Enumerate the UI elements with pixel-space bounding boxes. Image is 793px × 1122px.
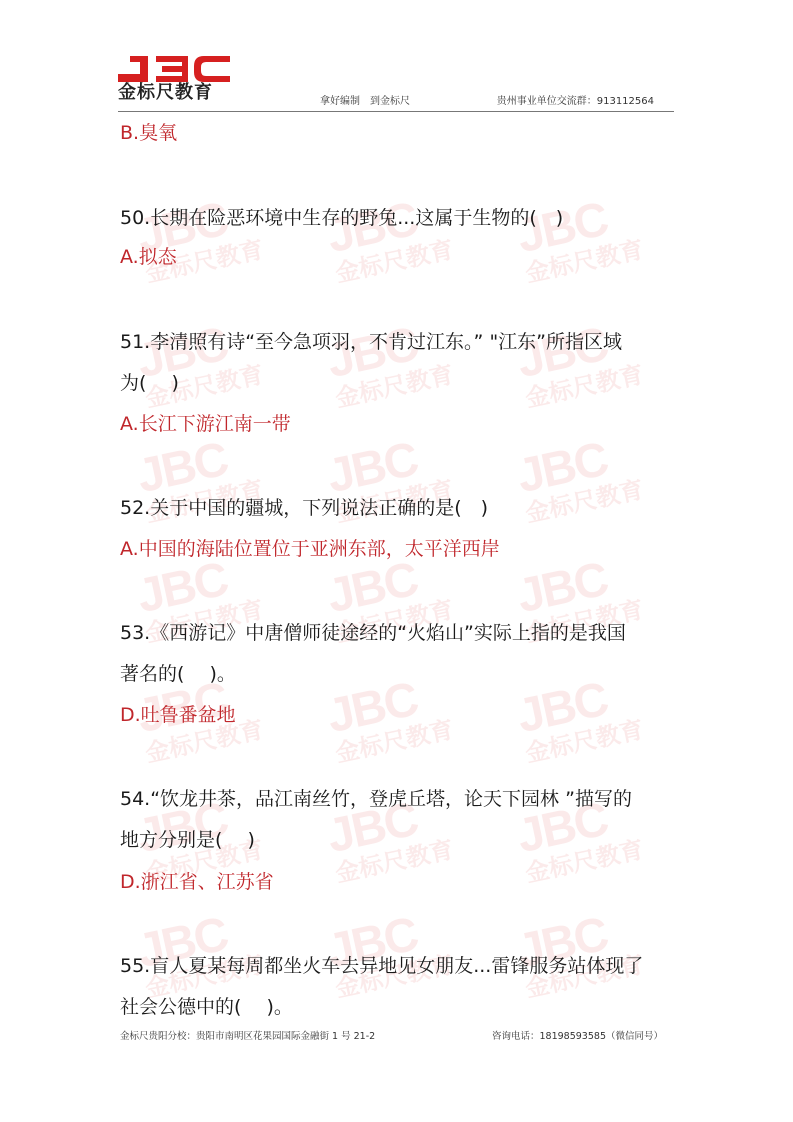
watermark: JBC金标尺教育: [323, 312, 467, 417]
answer-51: A.长江下游江南一带: [120, 412, 291, 436]
page-header: 金标尺教育 拿好编制 到金标尺 贵州事业单位交流群：913112564: [118, 56, 674, 112]
watermark: JBC金标尺教育: [513, 667, 657, 772]
question-55-line2: 社会公德中的( )。: [120, 995, 293, 1019]
watermark: JBC金标尺教育: [513, 187, 657, 292]
logo: 金标尺教育: [118, 56, 233, 104]
watermark: JBC金标尺教育: [513, 312, 657, 417]
question-54-line2: 地方分别是( ): [120, 828, 255, 852]
logo-subtitle: 金标尺教育: [118, 82, 213, 104]
header-group: 贵州事业单位交流群：913112564: [497, 92, 654, 107]
watermark: JBC金标尺教育: [323, 667, 467, 772]
question-51-line1: 51.李清照有诗“至今急项羽，不肯过江东。” "江东”所指区域: [120, 330, 622, 354]
question-50: 50.长期在险恶环境中生存的野兔...这属于生物的( ): [120, 206, 563, 230]
answer-52: A.中国的海陆位置位于亚洲东部，太平洋西岸: [120, 537, 500, 561]
question-53-line2: 著名的( )。: [120, 662, 236, 686]
question-55-line1: 55.盲人夏某每周都坐火车去异地见女朋友...雷锋服务站体现了: [120, 954, 643, 978]
watermark: JBC金标尺教育: [133, 312, 277, 417]
jbc-logo-icon: [118, 56, 233, 82]
answer-50: A.拟态: [120, 245, 177, 269]
watermark: JBC金标尺教育: [323, 187, 467, 292]
question-53-line1: 53.《西游记》中唐僧师徒途经的“火焰山”实际上指的是我国: [120, 621, 626, 645]
footer-phone: 咨询电话：18198593585（微信同号）: [492, 1028, 663, 1042]
header-slogan: 拿好编制 到金标尺: [320, 92, 410, 107]
answer-54: D.浙江省、江苏省: [120, 870, 274, 894]
question-54-line1: 54.“饮龙井茶，品江南丝竹，登虎丘塔，论天下园林 ”描写的: [120, 787, 632, 811]
answer-prev: B.臭氧: [120, 121, 177, 145]
footer-address: 金标尺贵阳分校：贵阳市南明区花果园国际金融街 1 号 21-2: [120, 1028, 375, 1042]
watermark: JBC金标尺教育: [133, 187, 277, 292]
question-51-line2: 为( ): [120, 371, 179, 395]
watermark: JBC金标尺教育: [513, 427, 657, 532]
question-52: 52.关于中国的疆城，下列说法正确的是( ): [120, 496, 488, 520]
answer-53: D.吐鲁番盆地: [120, 703, 236, 727]
